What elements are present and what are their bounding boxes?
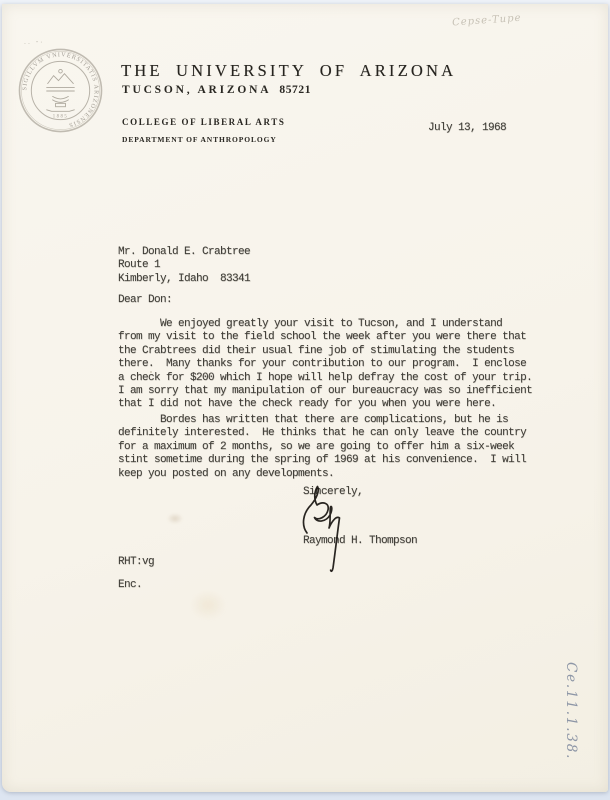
enclosure-notation: Enc. bbox=[118, 579, 142, 592]
body-paragraph-2: Bordes has written that there are compli… bbox=[118, 414, 526, 481]
university-seal-icon: SIGILLVM VNIVERSITATIS ARIZONENSIS 1885 bbox=[17, 47, 104, 134]
paper-stain bbox=[167, 513, 183, 524]
letterhead-department: DEPARTMENT OF ANTHROPOLOGY bbox=[122, 135, 277, 144]
seal-year: 1885 bbox=[53, 115, 68, 120]
scanned-letter-page: Cepse-Tupe .. -· SIGILLVM VNIVERSITATIS … bbox=[0, 0, 610, 800]
letterhead-institution: THE UNIVERSITY OF ARIZONA bbox=[121, 61, 456, 81]
letterhead-city-line: TUCSON, ARIZONA85721 bbox=[122, 84, 311, 96]
recipient-address: Mr. Donald E. Crabtree Route 1 Kimberly,… bbox=[118, 246, 250, 286]
catalog-number: Ce.11.1.38. bbox=[563, 662, 579, 760]
paper-speck bbox=[150, 371, 152, 373]
reference-initials: RHT:vg bbox=[118, 556, 154, 569]
body-paragraph-1: We enjoyed greatly your visit to Tucson,… bbox=[118, 318, 532, 412]
letterhead-college: COLLEGE OF LIBERAL ARTS bbox=[122, 117, 285, 127]
letterhead-zip: 85721 bbox=[279, 84, 311, 96]
salutation: Dear Don: bbox=[118, 294, 172, 307]
paper-stain bbox=[190, 590, 226, 620]
handwritten-signature bbox=[290, 478, 360, 578]
letter-date: July 13, 1968 bbox=[428, 122, 506, 135]
seal-emblem bbox=[47, 69, 75, 111]
letterhead-city: TUCSON, ARIZONA bbox=[122, 84, 271, 96]
corner-pencil-mark: .. -· bbox=[24, 39, 45, 46]
